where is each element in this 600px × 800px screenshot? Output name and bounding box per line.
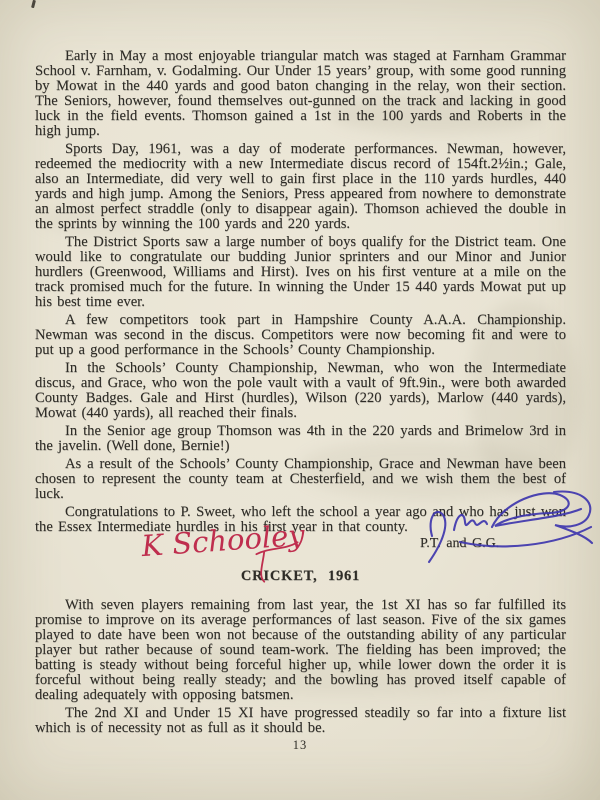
text-column: Early in May a most enjoyable triangular… (35, 49, 566, 739)
cricket-paragraph: The 2nd XI and Under 15 XI have progress… (35, 706, 566, 736)
athletics-paragraph: The District Sports saw a large number o… (35, 235, 566, 310)
athletics-paragraph: In the Senior age group Thomson was 4th … (35, 424, 566, 454)
byline: P.T. and G.G. (420, 536, 499, 552)
page-number: 13 (0, 738, 600, 753)
scanned-magazine-page: Early in May a most enjoyable triangular… (0, 0, 600, 800)
cricket-paragraph: With seven players remaining from last y… (35, 598, 566, 703)
athletics-paragraph: Sports Day, 1961, was a day of moderate … (35, 142, 566, 232)
athletics-paragraph: In the Schools’ County Championship, New… (35, 361, 566, 421)
athletics-paragraph: Congratulations to P. Sweet, who left th… (35, 505, 566, 535)
cricket-section-heading: CRICKET, 1961 (35, 568, 566, 584)
athletics-paragraph: As a result of the Schools’ County Champ… (35, 457, 566, 502)
ink-speck (31, 0, 36, 8)
athletics-paragraph: A few competitors took part in Hampshire… (35, 313, 566, 358)
athletics-paragraph: Early in May a most enjoyable triangular… (35, 49, 566, 139)
